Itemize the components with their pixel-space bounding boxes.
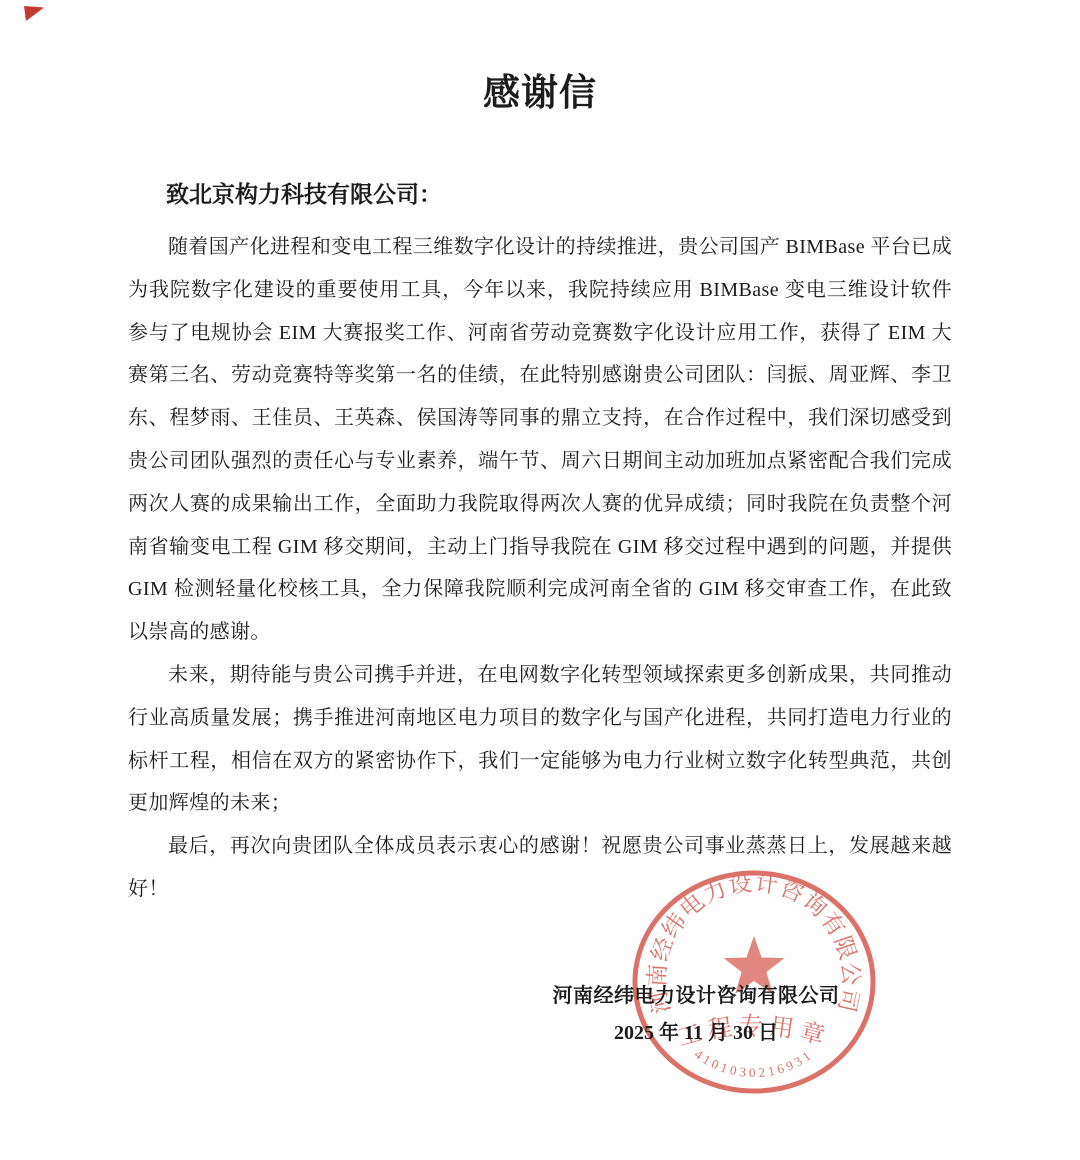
signature-company: 河南经纬电力设计咨询有限公司 xyxy=(540,980,852,1012)
paragraph-2: 未来，期待能与贵公司携手并进，在电网数字化转型领域探索更多创新成果，共同推动行业… xyxy=(128,654,952,825)
seal-serial-number: 4101030216931 xyxy=(692,1046,816,1080)
paragraph-1: 随着国产化进程和变电工程三维数字化设计的持续推进，贵公司国产 BIMBase 平… xyxy=(128,226,952,654)
signature-date: 2025 年 11 月 30 日 xyxy=(540,1018,852,1048)
salutation: 致北京构力科技有限公司： xyxy=(166,180,952,210)
svg-text:4101030216931: 4101030216931 xyxy=(692,1046,816,1080)
letter-page: 感谢信 致北京构力科技有限公司： 随着国产化进程和变电工程三维数字化设计的持续推… xyxy=(0,0,1080,1160)
signature-block: 河南经纬电力设计咨询有限公司 2025 年 11 月 30 日 xyxy=(540,980,852,1048)
letter-title: 感谢信 xyxy=(0,0,1080,116)
